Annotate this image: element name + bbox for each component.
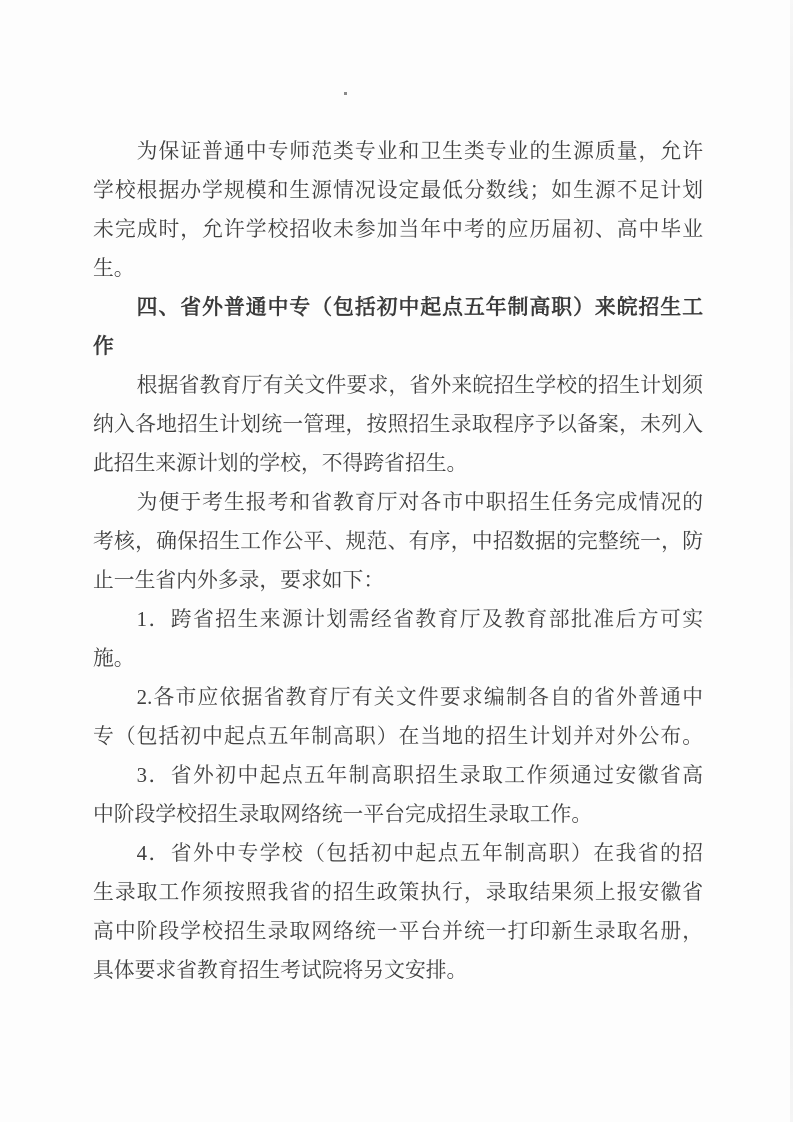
paragraph-plan-rules: 根据省教育厅有关文件要求，省外来皖招生学校的招生计划须 纳入各地招生计划统一管理… (93, 366, 703, 483)
text-line: 未完成时，允许学校招收未参加当年中考的应历届初、高中毕业 (93, 210, 703, 249)
scan-speck (344, 92, 347, 95)
list-item-3: 3．省外初中起点五年制高职招生录取工作须通过安徽省高 中阶段学校招生录取网络统一… (93, 756, 703, 834)
text-line: 3．省外初中起点五年制高职招生录取工作须通过安徽省高 (93, 756, 703, 795)
text-line: 施。 (93, 639, 703, 678)
heading-line: 作 (93, 327, 703, 366)
text-line: 专（包括初中起点五年制高职）在当地的招生计划并对外公布。 (93, 717, 703, 756)
text-line: 1．跨省招生来源计划需经省教育厅及教育部批准后方可实 (93, 600, 703, 639)
document-content: 为保证普通中专师范类专业和卫生类专业的生源质量，允许 学校根据办学规模和生源情况… (93, 132, 703, 990)
text-line: 2.各市应依据省教育厅有关文件要求编制各自的省外普通中 (93, 678, 703, 717)
list-item-4: 4．省外中专学校（包括初中起点五年制高职）在我省的招 生录取工作须按照我省的招生… (93, 834, 703, 990)
text-line: 学校根据办学规模和生源情况设定最低分数线；如生源不足计划 (93, 171, 703, 210)
text-line: 4．省外中专学校（包括初中起点五年制高职）在我省的招 (93, 834, 703, 873)
text-line: 为保证普通中专师范类专业和卫生类专业的生源质量，允许 (93, 132, 703, 171)
text-line: 此招生来源计划的学校，不得跨省招生。 (93, 444, 703, 483)
text-line: 为便于考生报考和省教育厅对各市中职招生任务完成情况的 (93, 483, 703, 522)
text-line: 具体要求省教育招生考试院将另文安排。 (93, 951, 703, 990)
text-line: 生录取工作须按照我省的招生政策执行，录取结果须上报安徽省 (93, 873, 703, 912)
list-item-2: 2.各市应依据省教育厅有关文件要求编制各自的省外普通中 专（包括初中起点五年制高… (93, 678, 703, 756)
document-page: 为保证普通中专师范类专业和卫生类专业的生源质量，允许 学校根据办学规模和生源情况… (0, 0, 793, 1122)
paragraph-requirements-intro: 为便于考生报考和省教育厅对各市中职招生任务完成情况的 考核，确保招生工作公平、规… (93, 483, 703, 600)
section-heading: 四、省外普通中专（包括初中起点五年制高职）来皖招生工 作 (93, 288, 703, 366)
text-line: 考核，确保招生工作公平、规范、有序，中招数据的完整统一，防 (93, 522, 703, 561)
paragraph-intro: 为保证普通中专师范类专业和卫生类专业的生源质量，允许 学校根据办学规模和生源情况… (93, 132, 703, 288)
text-line: 止一生省内外多录，要求如下： (93, 561, 703, 600)
text-line: 根据省教育厅有关文件要求，省外来皖招生学校的招生计划须 (93, 366, 703, 405)
heading-line: 四、省外普通中专（包括初中起点五年制高职）来皖招生工 (93, 288, 703, 327)
text-line: 生。 (93, 249, 703, 288)
list-item-1: 1．跨省招生来源计划需经省教育厅及教育部批准后方可实 施。 (93, 600, 703, 678)
text-line: 中阶段学校招生录取网络统一平台完成招生录取工作。 (93, 795, 703, 834)
text-line: 纳入各地招生计划统一管理，按照招生录取程序予以备案，未列入 (93, 405, 703, 444)
text-line: 高中阶段学校招生录取网络统一平台并统一打印新生录取名册， (93, 912, 703, 951)
